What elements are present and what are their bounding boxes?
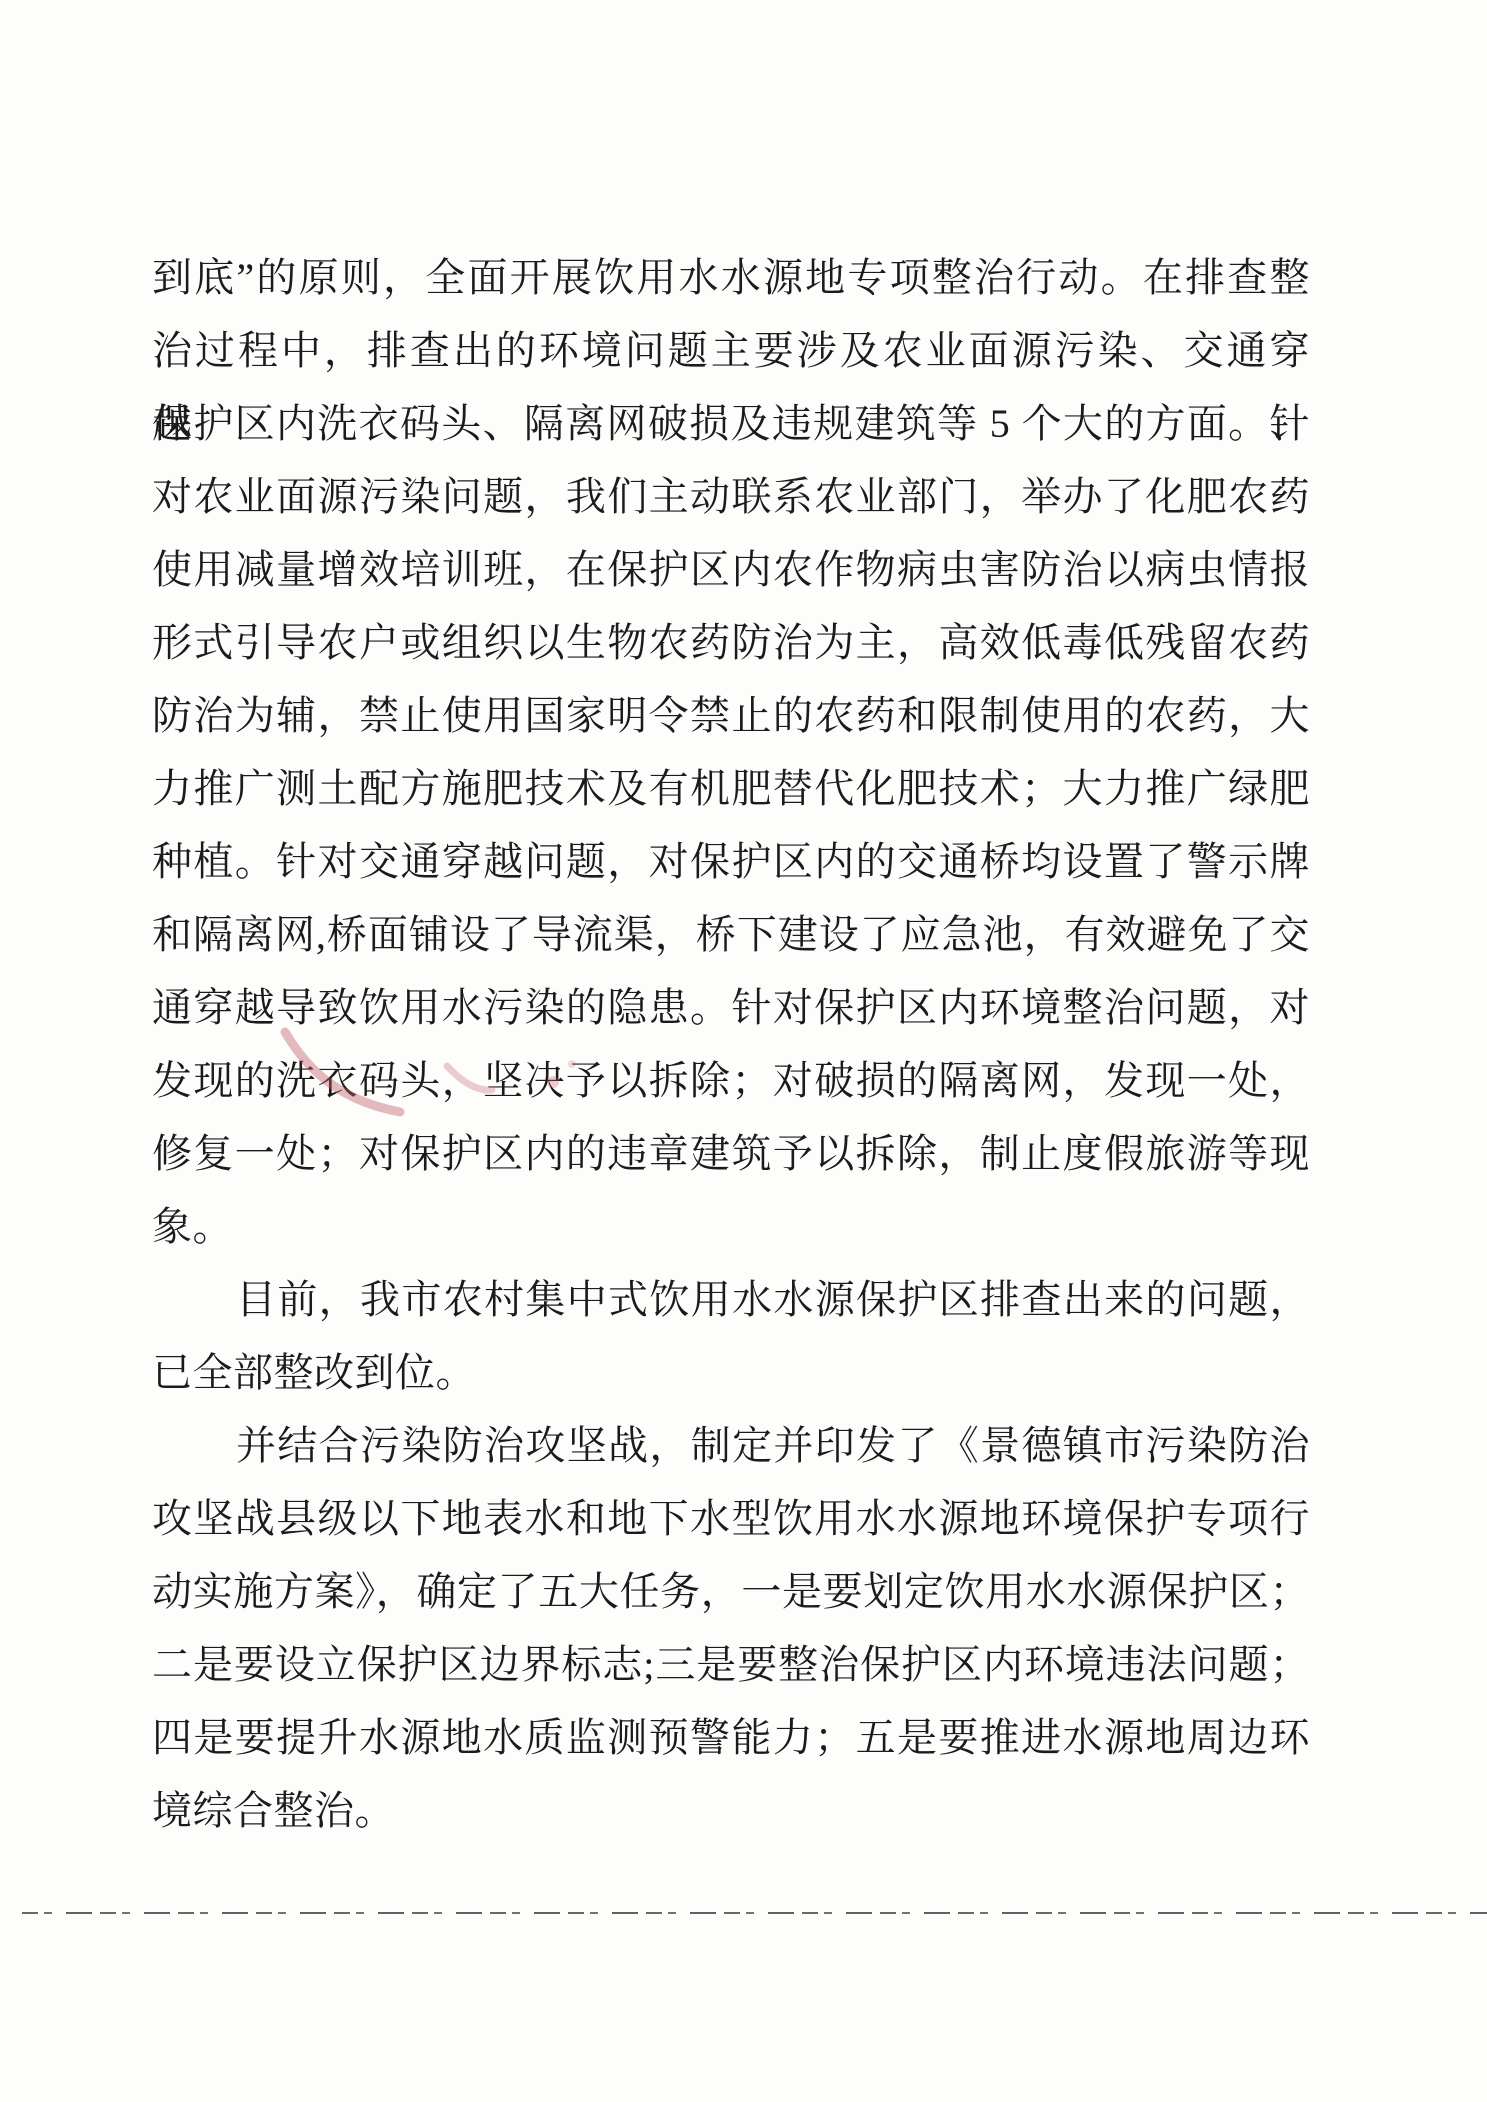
- text-line: 防治为辅，禁止使用国家明令禁止的农药和限制使用的农药，大: [152, 679, 1310, 752]
- text-line: 和隔离网,桥面铺设了导流渠，桥下建设了应急池，有效避免了交: [152, 898, 1310, 971]
- text-line: 使用减量增效培训班，在保护区内农作物病虫害防治以病虫情报: [152, 533, 1310, 606]
- text-line: 保护区内洗衣码头、隔离网破损及违规建筑等 5 个大的方面。针: [152, 387, 1310, 460]
- document-page: 到底”的原则，全面开展饮用水水源地专项整治行动。在排查整治过程中，排查出的环境问…: [0, 0, 1487, 2102]
- text-line: 力推广测土配方施肥技术及有机肥替代化肥技术；大力推广绿肥: [152, 752, 1310, 825]
- text-line: 形式引导农户或组织以生物农药防治为主，高效低毒低残留农药: [152, 606, 1310, 679]
- text-line: 对农业面源污染问题，我们主动联系农业部门，举办了化肥农药: [152, 460, 1310, 533]
- text-line: 种植。针对交通穿越问题，对保护区内的交通桥均设置了警示牌: [152, 825, 1310, 898]
- text-line: 通穿越导致饮用水污染的隐患。针对保护区内环境整治问题，对: [152, 971, 1310, 1044]
- text-line: 目前，我市农村集中式饮用水水源保护区排查出来的问题，: [152, 1263, 1310, 1336]
- text-line: 攻坚战县级以下地表水和地下水型饮用水水源地环境保护专项行: [152, 1482, 1310, 1555]
- text-line: 二是要设立保护区边界标志;三是要整治保护区内环境违法问题；: [152, 1628, 1310, 1701]
- text-line: 四是要提升水源地水质监测预警能力；五是要推进水源地周边环: [152, 1701, 1310, 1774]
- text-line: 已全部整改到位。: [152, 1336, 1310, 1409]
- text-line: 到底”的原则，全面开展饮用水水源地专项整治行动。在排查整: [152, 241, 1310, 314]
- page-divider: [22, 1912, 1487, 1914]
- text-line: 修复一处；对保护区内的违章建筑予以拆除，制止度假旅游等现: [152, 1117, 1310, 1190]
- text-line: 发现的洗衣码头，坚决予以拆除；对破损的隔离网，发现一处，: [152, 1044, 1310, 1117]
- text-line: 治过程中，排查出的环境问题主要涉及农业面源污染、交通穿越、: [152, 314, 1310, 387]
- text-line: 境综合整治。: [152, 1774, 1310, 1847]
- text-line: 动实施方案》，确定了五大任务，一是要划定饮用水水源保护区；: [152, 1555, 1310, 1628]
- text-line: 并结合污染防治攻坚战，制定并印发了《景德镇市污染防治: [152, 1409, 1310, 1482]
- text-line: 象。: [152, 1190, 1310, 1263]
- document-body: 到底”的原则，全面开展饮用水水源地专项整治行动。在排查整治过程中，排查出的环境问…: [152, 241, 1310, 1847]
